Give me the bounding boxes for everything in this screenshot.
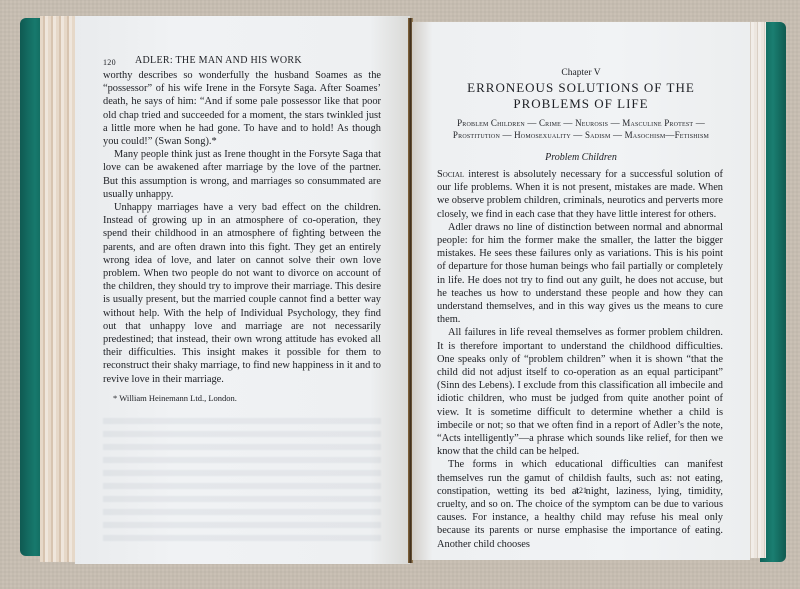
chapter-title: ERRONEOUS SOLUTIONS OF THE PROBLEMS OF L… [438, 80, 724, 112]
paragraph: Unhappy marriages have a very bad effect… [103, 201, 381, 386]
lead-word: Social [437, 169, 464, 180]
section-title: Problem Children [412, 152, 750, 163]
chapter-synopsis: Problem Children — Crime — Neurosis — Ma… [438, 118, 724, 141]
paragraph: worthy describes so wonderfully the husb… [103, 69, 381, 148]
running-head-title: ADLER: THE MAN AND HIS WORK [135, 55, 302, 66]
paragraph: Social interest is absolutely necessary … [437, 168, 723, 221]
page-number-left: 120 [103, 58, 116, 67]
footnote: * William Heinemann Ltd., London. [103, 392, 381, 405]
paragraph: All failures in life reveal themselves a… [437, 326, 723, 458]
page-number-right: 121 [412, 486, 750, 495]
paragraph: The forms in which educational difficult… [437, 458, 723, 550]
left-page-body: worthy describes so wonderfully the husb… [103, 69, 381, 405]
show-through-text [103, 416, 381, 541]
running-head: 120 ADLER: THE MAN AND HIS WORK [103, 57, 381, 68]
chapter-label: Chapter V [412, 68, 750, 78]
paragraph: Many people think just as Irene thought … [103, 148, 381, 201]
left-page: 120 ADLER: THE MAN AND HIS WORK worthy d… [75, 16, 410, 564]
page-edges-left [40, 16, 80, 562]
paragraph-text: interest is absolutely necessary for a s… [437, 169, 723, 220]
right-page: Chapter V ERRONEOUS SOLUTIONS OF THE PRO… [412, 22, 750, 560]
paragraph: Adler draws no line of distinction betwe… [437, 221, 723, 327]
